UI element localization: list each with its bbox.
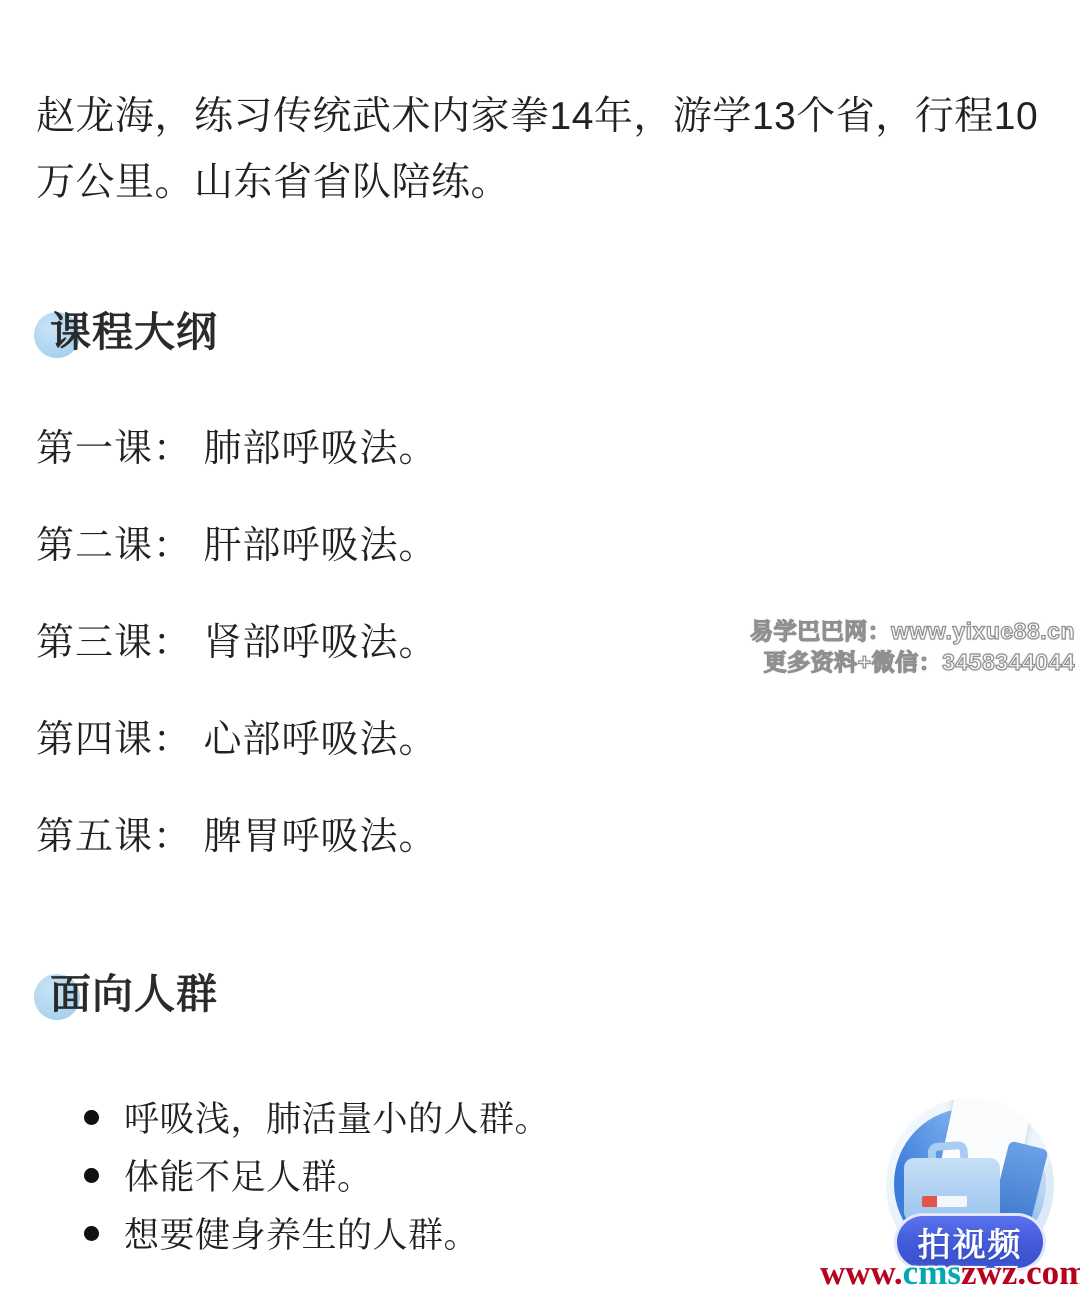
audience-item-text: 呼吸浅，肺活量小的人群。: [124, 1092, 550, 1142]
audience-item-text: 想要健身养生的人群。: [124, 1208, 479, 1258]
record-video-badge[interactable]: 拍视频: [886, 1098, 1054, 1272]
course-item-1: 第一课： 肺部呼吸法。: [36, 430, 736, 468]
audience-list: 呼吸浅，肺活量小的人群。 体能不足人群。 想要健身养生的人群。: [84, 1088, 844, 1262]
course-item-5: 第五课： 脾胃呼吸法。: [36, 818, 736, 856]
list-item: 想要健身养生的人群。: [84, 1204, 844, 1262]
course-item-2: 第二课： 肝部呼吸法。: [36, 527, 736, 565]
intro-paragraph: 赵龙海，练习传统武术内家拳14年，游学13个省，行程10万公里。山东省省队陪练。: [36, 84, 1048, 216]
course-item-4: 第四课： 心部呼吸法。: [36, 721, 736, 759]
site-watermark-line1: 易学巴巴网：www.yixue88.cn: [750, 616, 1075, 647]
briefcase-tag-icon: [922, 1196, 937, 1207]
site-watermark-line2: 更多资料+微信：3458344044: [750, 647, 1075, 678]
site-watermark: 易学巴巴网：www.yixue88.cn 更多资料+微信：3458344044: [750, 616, 1075, 678]
footer-watermark-seg3: zwz.com: [961, 1253, 1080, 1292]
bullet-dot-icon: [84, 1226, 99, 1241]
page: 赵龙海，练习传统武术内家拳14年，游学13个省，行程10万公里。山东省省队陪练。…: [0, 0, 1080, 1297]
section-heading-audience: 面向人群: [34, 968, 218, 1020]
section-heading-outline: 课程大纲: [34, 306, 218, 358]
footer-watermark-seg1: www.: [820, 1253, 903, 1292]
outline-title: 课程大纲: [50, 306, 218, 358]
bullet-dot-icon: [84, 1110, 99, 1125]
footer-watermark-seg2: cms: [903, 1253, 961, 1292]
bullet-dot-icon: [84, 1168, 99, 1183]
briefcase-tag-icon: [937, 1196, 967, 1207]
list-item: 体能不足人群。: [84, 1146, 844, 1204]
course-list: 第一课： 肺部呼吸法。 第二课： 肝部呼吸法。 第三课： 肾部呼吸法。 第四课：…: [36, 430, 736, 915]
footer-watermark: www.cmszwz.com: [820, 1254, 1080, 1292]
course-item-3: 第三课： 肾部呼吸法。: [36, 624, 736, 662]
audience-title: 面向人群: [50, 968, 218, 1020]
audience-item-text: 体能不足人群。: [124, 1150, 373, 1200]
list-item: 呼吸浅，肺活量小的人群。: [84, 1088, 844, 1146]
